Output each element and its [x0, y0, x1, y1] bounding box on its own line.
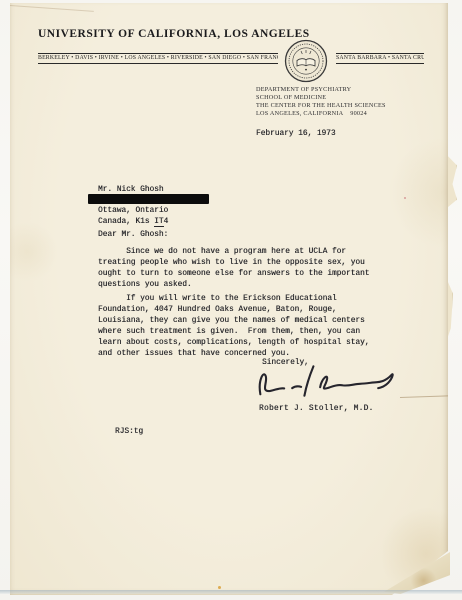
postal-prefix: Canada, K1s — [98, 218, 154, 226]
body-line: and other issues that have concerned you… — [98, 349, 369, 360]
signature — [249, 359, 400, 406]
crease-line — [400, 395, 448, 398]
university-name: UNIVERSITY OF CALIFORNIA, LOS ANGELES — [38, 28, 310, 40]
campus-list-left: BERKELEY • DAVIS • IRVINE • LOS ANGELES … — [38, 53, 278, 64]
letter-paper: UNIVERSITY OF CALIFORNIA, LOS ANGELES BE… — [10, 3, 448, 595]
letter-date: February 16, 1973 — [256, 129, 336, 140]
body-line: If you will write to the Erickson Educat… — [98, 294, 369, 305]
postal-suffix: 4 — [164, 218, 169, 226]
signer-name: Robert J. Stoller, M.D. — [259, 404, 374, 415]
department-block: DEPARTMENT OF PSYCHIATRY SCHOOL OF MEDIC… — [256, 86, 386, 118]
body-line: Louisiana, they can give you the names o… — [98, 316, 369, 327]
body-line: questions you asked. — [98, 280, 369, 291]
body-paragraph-1: Since we do not have a program here at U… — [98, 247, 369, 291]
body-line: Since we do not have a program here at U… — [98, 247, 369, 258]
body-line: treating people who wish to live in the … — [98, 258, 369, 269]
body-paragraph-2: If you will write to the Erickson Educat… — [98, 294, 369, 360]
body-line: learn about costs, complications, length… — [98, 338, 369, 349]
body-line: ought to turn to someone else for answer… — [98, 269, 369, 280]
address-country-line: Canada, K1s IT4 — [98, 217, 168, 228]
reference-initials: RJS:tg — [115, 427, 143, 438]
salutation: Dear Mr. Ghosh: — [98, 230, 168, 241]
crease-line — [10, 5, 94, 12]
body-line: Foundation, 4047 Hundred Oaks Avenue, Ba… — [98, 305, 369, 316]
address-city-line: Ottawa, Ontario — [98, 206, 168, 217]
department-line: DEPARTMENT OF PSYCHIATRY — [256, 86, 386, 94]
department-line: SCHOOL OF MEDICINE — [256, 94, 386, 102]
redaction-bar — [88, 194, 209, 204]
department-line: THE CENTER FOR THE HEALTH SCIENCES — [256, 102, 386, 110]
body-line: where such treatment is given. From them… — [98, 327, 369, 338]
postal-underlined: IT — [154, 218, 163, 227]
stain-speck — [404, 197, 406, 199]
department-line: LOS ANGELES, CALIFORNIA 90024 — [256, 110, 386, 118]
scanner-line-artifact — [0, 590, 462, 594]
campus-list-right: SANTA BARBARA • SANTA CRUZ — [336, 53, 424, 64]
scanned-letter-page: UNIVERSITY OF CALIFORNIA, LOS ANGELES BE… — [0, 0, 462, 600]
stain-speck — [218, 586, 221, 589]
uc-seal-icon — [284, 39, 328, 83]
